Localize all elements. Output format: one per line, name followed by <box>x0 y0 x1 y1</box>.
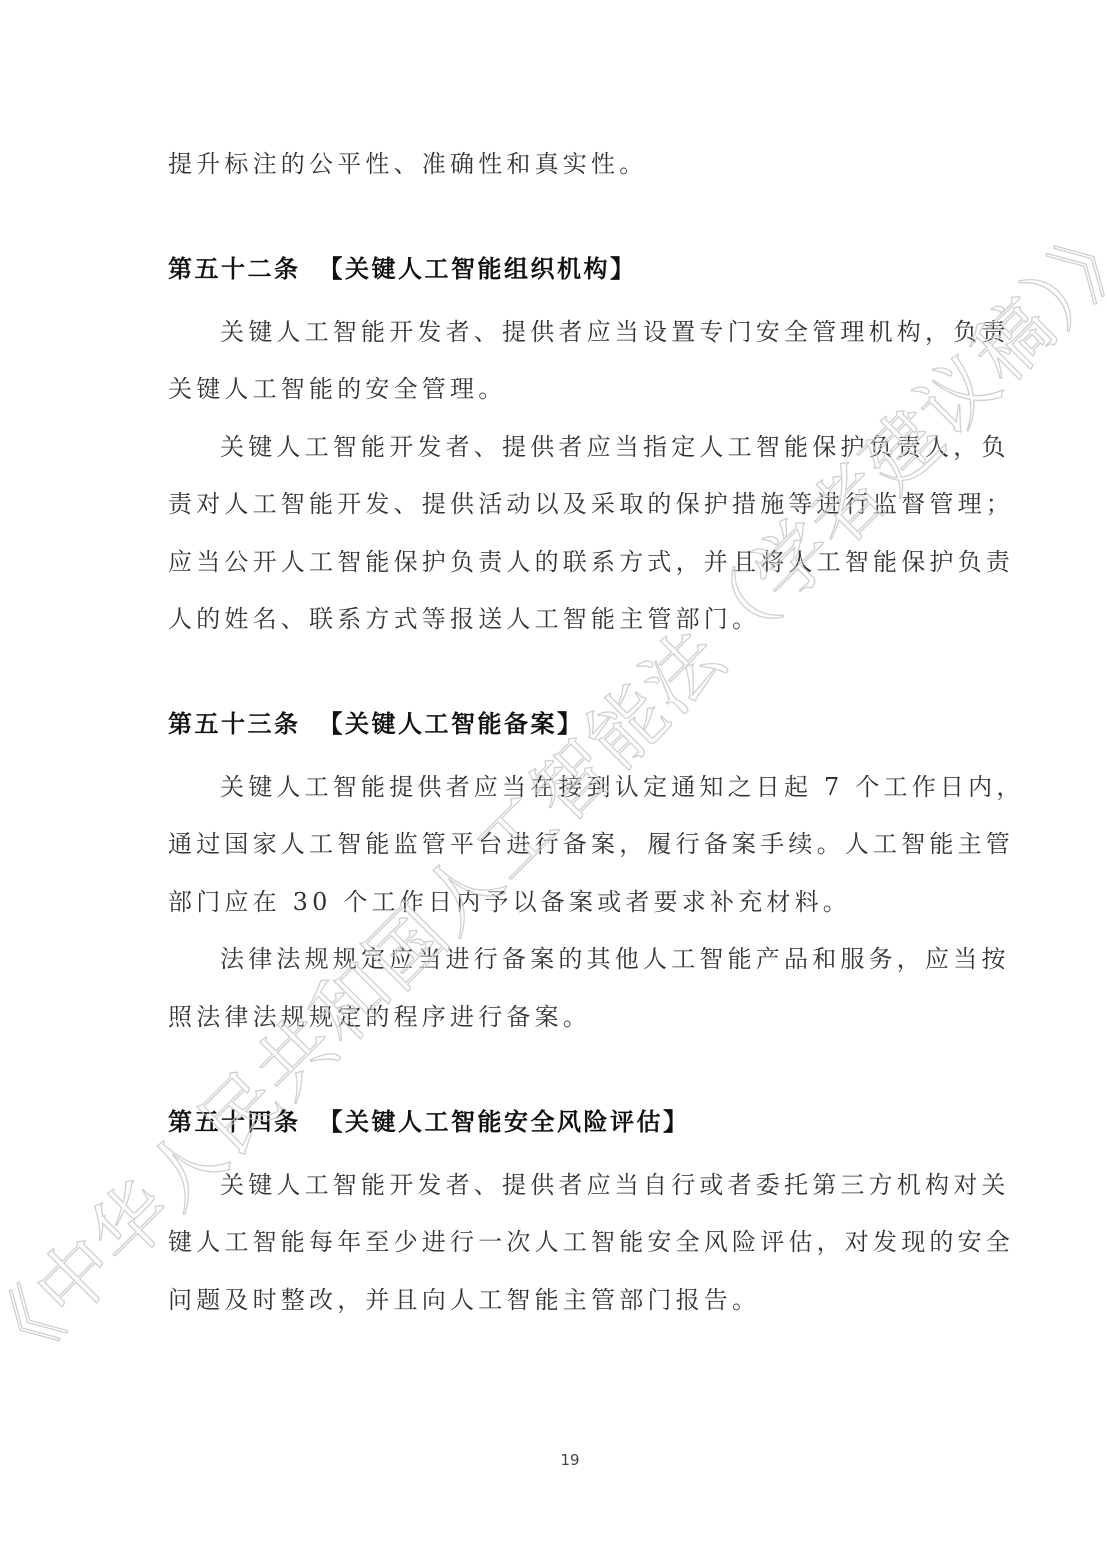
article-title: 【关键人工智能组织机构】 <box>319 255 637 283</box>
article-54-heading: 第五十四条【关键人工智能安全风险评估】 <box>168 1107 940 1137</box>
continuation-text: 提升标注的公平性、准确性和真实性。 <box>168 149 940 179</box>
paragraph-line: 问题及时整改，并且向人工智能主管部门报告。 <box>168 1285 940 1315</box>
paragraph-line: 部门应在 30 个工作日内予以备案或者要求补充材料。 <box>168 887 940 917</box>
paragraph-line: 法律法规规定应当进行备案的其他人工智能产品和服务，应当按 <box>220 944 940 974</box>
paragraph-line: 键人工智能每年至少进行一次人工智能安全风险评估，对发现的安全 <box>168 1227 940 1257</box>
paragraph-line: 关键人工智能提供者应当在接到认定通知之日起 7 个工作日内， <box>220 772 940 802</box>
paragraph-line: 人的姓名、联系方式等报送人工智能主管部门。 <box>168 604 940 634</box>
article-53-heading: 第五十三条【关键人工智能备案】 <box>168 709 940 739</box>
paragraph-line: 照法律法规规定的程序进行备案。 <box>168 1002 940 1032</box>
article-title: 【关键人工智能备案】 <box>319 710 584 738</box>
paragraph-line: 通过国家人工智能监管平台进行备案，履行备案手续。人工智能主管 <box>168 829 940 859</box>
paragraph-line: 关键人工智能开发者、提供者应当自行或者委托第三方机构对关 <box>220 1170 940 1200</box>
article-52-heading: 第五十二条【关键人工智能组织机构】 <box>168 254 940 284</box>
paragraph-line: 应当公开人工智能保护负责人的联系方式，并且将人工智能保护负责 <box>168 547 940 577</box>
paragraph-line: 关键人工智能的安全管理。 <box>168 374 940 404</box>
paragraph-line: 关键人工智能开发者、提供者应当指定人工智能保护负责人，负 <box>220 432 940 462</box>
page-number: 19 <box>553 1451 587 1469</box>
document-page: 提升标注的公平性、准确性和真实性。 第五十二条【关键人工智能组织机构】 关键人工… <box>0 0 1107 1565</box>
article-number: 第五十二条 <box>168 255 301 283</box>
article-title: 【关键人工智能安全风险评估】 <box>319 1108 690 1136</box>
paragraph-line: 关键人工智能开发者、提供者应当设置专门安全管理机构，负责 <box>220 317 940 347</box>
paragraph-line: 责对人工智能开发、提供活动以及采取的保护措施等进行监督管理； <box>168 489 940 519</box>
article-number: 第五十三条 <box>168 710 301 738</box>
article-number: 第五十四条 <box>168 1108 301 1136</box>
